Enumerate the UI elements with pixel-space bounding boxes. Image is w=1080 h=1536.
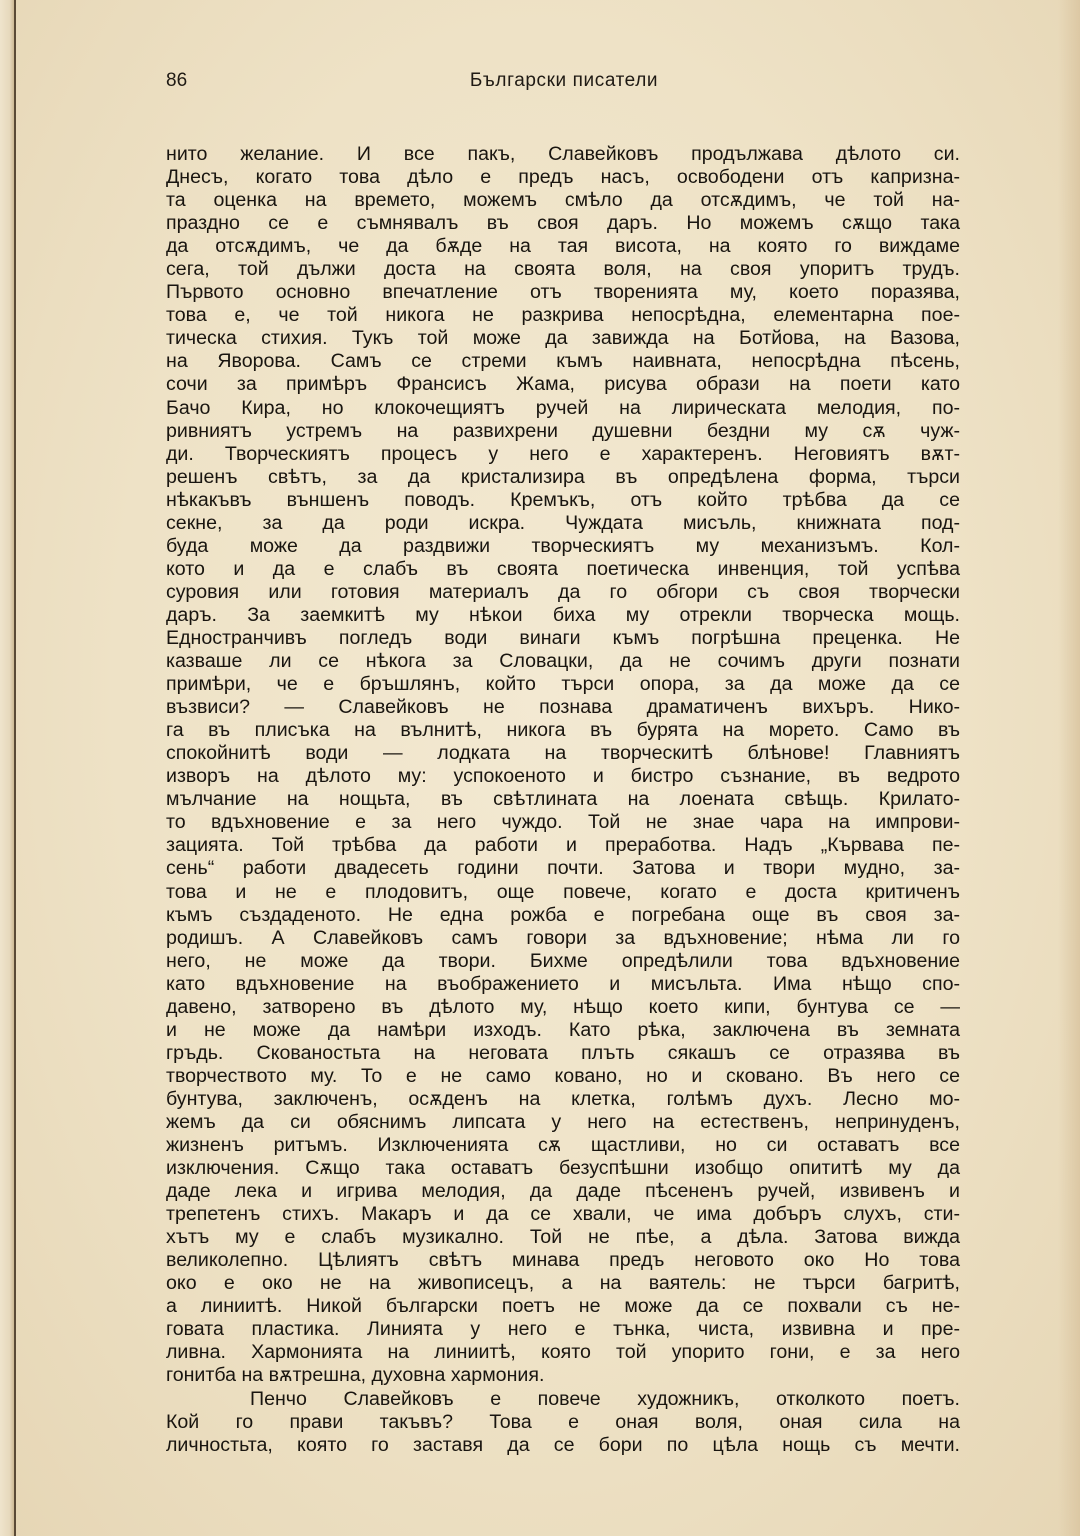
page-header: 86 Български писатели: [166, 70, 962, 100]
text-line: ливна. Хармонията на линиитѣ, която той …: [166, 1341, 960, 1364]
text-line: Бачо Кира, но клокочещиятъ ручей на лири…: [166, 397, 960, 420]
text-line: изворъ на дѣлото му: успокоеното и бистр…: [166, 765, 960, 788]
text-line: решенъ свѣтъ, за да кристализира въ опре…: [166, 466, 960, 489]
text-line: ди. Творческиятъ процесъ у него е характ…: [166, 443, 960, 466]
text-line: като вдъхновение на въображението и мисъ…: [166, 973, 960, 996]
page-outer-edge: [1058, 0, 1080, 1536]
paragraph-start-line: Пенчо Славейковъ е повече художникъ, отк…: [166, 1388, 960, 1411]
text-line: то вдъхновение е за него чуждо. Той не з…: [166, 811, 960, 834]
text-line: възвиси? — Славейковъ не познава драмати…: [166, 696, 960, 719]
text-line: даръ. За заемкитѣ му нѣкои биха му отрек…: [166, 604, 960, 627]
text-line: сега, той дължи доста на своята воля, на…: [166, 258, 960, 281]
text-line: тическа стихия. Тукъ той може да завижда…: [166, 327, 960, 350]
text-line: праздно се е съмнявалъ въ своя даръ. Но …: [166, 212, 960, 235]
text-line: родишъ. А Славейковъ самъ говори за вдъх…: [166, 927, 960, 950]
text-line: буда може да раздвижи творческиятъ му ме…: [166, 535, 960, 558]
text-line: секне, за да роди искра. Чуждата мисъль,…: [166, 512, 960, 535]
text-line: даде лека и игрива мелодия, да даде пѣсе…: [166, 1180, 960, 1203]
text-line: къмъ създаденото. Не една рожба е погреб…: [166, 904, 960, 927]
text-line: зацията. Той трѣбва да работи и преработ…: [166, 834, 960, 857]
text-line: кото и да е слабъ въ своята поетическа и…: [166, 558, 960, 581]
paragraph-end-line: гонитба на вѫтрешна, духовна хармония.: [166, 1364, 960, 1387]
text-line: великолепно. Цѣлиятъ свѣтъ минава предъ …: [166, 1249, 960, 1272]
text-line: та оценка на времето, можемъ смѣло да от…: [166, 189, 960, 212]
text-line: давено, затворено въ дѣлото му, нѣщо кое…: [166, 996, 960, 1019]
text-line: говата пластика. Линията у него е тънка,…: [166, 1318, 960, 1341]
text-line: а линиитѣ. Никой български поетъ не може…: [166, 1295, 960, 1318]
text-line: Кой го прави такъвъ? Това е оная воля, о…: [166, 1411, 960, 1434]
text-line: око е око не на живописецъ, а на ваятель…: [166, 1272, 960, 1295]
text-line: творчеството му. То е не само ковано, но…: [166, 1065, 960, 1088]
text-line: га въ плисъка на вълнитѣ, никога въ буря…: [166, 719, 960, 742]
text-line: жизненъ ритъмъ. Изключенията сѫ щастливи…: [166, 1134, 960, 1157]
text-line: това е, че той никога не разкрива непоср…: [166, 304, 960, 327]
text-line: Първото основно впечатление отъ творения…: [166, 281, 960, 304]
text-line: нѣкакъвъ външенъ поводъ. Кремъкъ, отъ ко…: [166, 489, 960, 512]
text-line: трепетенъ стихъ. Макаръ и да се хвали, ч…: [166, 1203, 960, 1226]
text-line: нито желание. И все пакъ, Славейковъ про…: [166, 143, 960, 166]
body-text: нито желание. И все пакъ, Славейковъ про…: [166, 143, 960, 1457]
text-line: суровия или готовия материалъ да го обго…: [166, 581, 960, 604]
text-line: изключения. Сѫщо така оставатъ безуспѣшн…: [166, 1157, 960, 1180]
text-line: хътъ му е слабъ музикално. Той не пѣе, а…: [166, 1226, 960, 1249]
text-line: сень“ работи двадесеть години почти. Зат…: [166, 857, 960, 880]
text-line: него, не може да твори. Бихме опредѣлили…: [166, 950, 960, 973]
text-line: жемъ да си обяснимъ липсата у него на ес…: [166, 1111, 960, 1134]
text-line: и не може да намѣри изходъ. Като рѣка, з…: [166, 1019, 960, 1042]
running-title: Български писатели: [166, 70, 962, 92]
text-line: Едностранчивъ погледъ води винаги къмъ п…: [166, 627, 960, 650]
text-line: личностьта, която го заставя да се бори …: [166, 1434, 960, 1457]
text-line: Днесъ, когато това дѣло е предъ насъ, ос…: [166, 166, 960, 189]
text-line: мълчание на нощьта, въ свѣтлината на лое…: [166, 788, 960, 811]
text-line: това и не е плодовитъ, още повече, когат…: [166, 881, 960, 904]
text-line: сочи за примѣръ Франсисъ Жама, рисува об…: [166, 373, 960, 396]
text-line: на Яворова. Самъ се стреми къмъ наивната…: [166, 350, 960, 373]
text-line: спокойнитѣ води — лодката на творческитѣ…: [166, 742, 960, 765]
page-binding-edge: [0, 0, 16, 1536]
text-line: бунтува, заключенъ, осѫденъ на клетка, г…: [166, 1088, 960, 1111]
text-line: ривниятъ устремъ на развихрени душевни б…: [166, 420, 960, 443]
text-line: гръдь. Скованостьта на неговата плъть ся…: [166, 1042, 960, 1065]
text-line: примѣри, че е бръшлянъ, който търси опор…: [166, 673, 960, 696]
text-line: казваше ли се нѣкога за Словацки, да не …: [166, 650, 960, 673]
book-page: 86 Български писатели нито желание. И вс…: [0, 0, 1080, 1536]
text-line: да отсѫдимъ, че да бѫде на тая висота, н…: [166, 235, 960, 258]
